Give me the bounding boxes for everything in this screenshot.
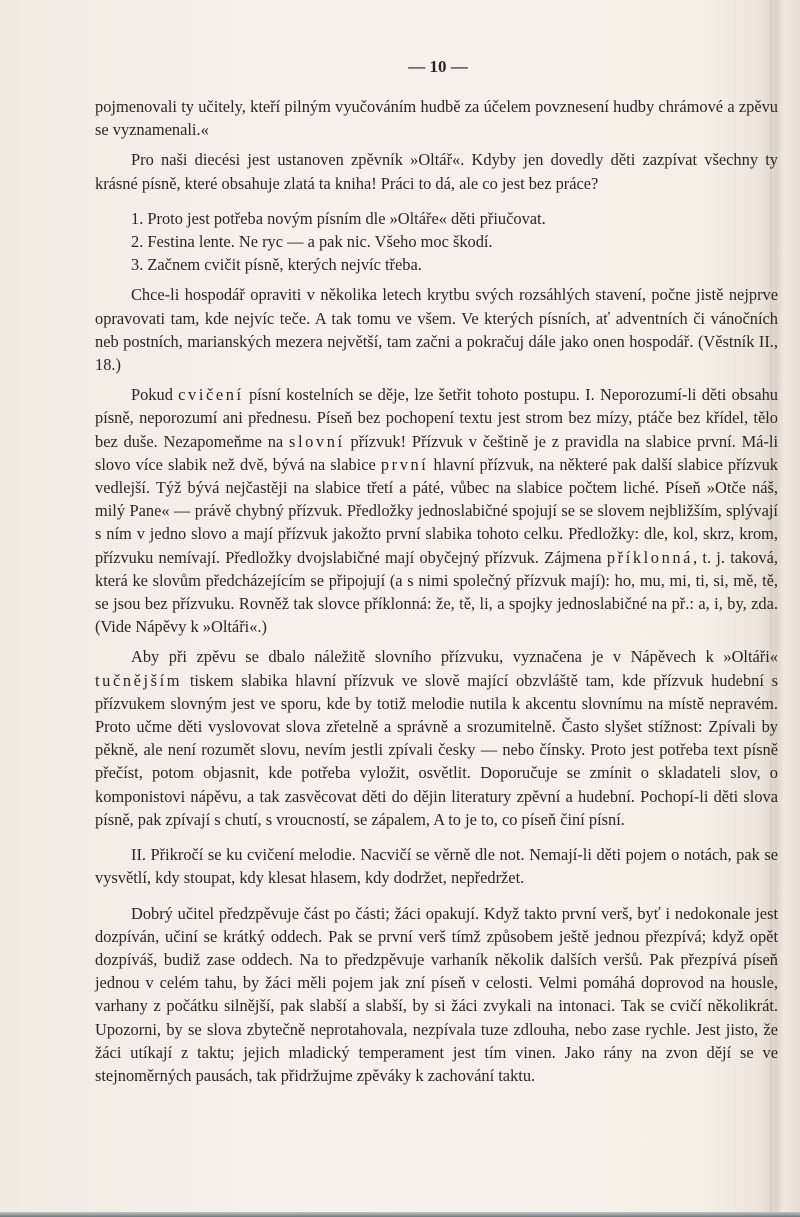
- list-item: 1. Proto jest potřeba novým písním dle »…: [95, 207, 778, 230]
- emphasis-spaced: cvičení: [178, 385, 244, 404]
- page-bottom-edge: [0, 1212, 800, 1217]
- paragraph-good-teacher: Dobrý učitel předzpěvuje část po části; …: [95, 902, 778, 1088]
- text-run: tiskem slabika hlavní přízvuk ve slově m…: [95, 671, 778, 829]
- list-item: 3. Začnem cvičit písně, kterých nejvíc t…: [95, 253, 778, 276]
- paragraph-hospodar: Chce-li hospodář opraviti v několika let…: [95, 283, 778, 376]
- emphasis-spaced: tučnějším: [95, 671, 182, 690]
- paragraph-melody: II. Přikročí se ku cvičení melodie. Nacv…: [95, 843, 778, 889]
- text-run: Pokud: [131, 385, 178, 404]
- paragraph-continuation: pojmenovali ty učitely, kteří pilným vyu…: [95, 95, 778, 141]
- list-item: 2. Festina lente. Ne ryc — a pak nic. Vš…: [95, 230, 778, 253]
- emphasis-spaced: slovní: [289, 432, 345, 451]
- paragraph-napevy: Aby při zpěvu se dbalo náležitě slovního…: [95, 645, 778, 831]
- emphasis-spaced: první: [381, 455, 429, 474]
- paragraph-word-accent: Pokud cvičení písní kostelních se děje, …: [95, 383, 778, 638]
- text-run: Aby při zpěvu se dbalo náležitě slovního…: [131, 647, 778, 666]
- emphasis-spaced: příklonná: [607, 548, 693, 567]
- paragraph-oltar-songbook: Pro naši diecési jest ustanoven zpěvník …: [95, 148, 778, 194]
- body-text: pojmenovali ty učitely, kteří pilným vyu…: [95, 95, 778, 1087]
- page-number: — 10 —: [0, 57, 800, 77]
- numbered-list: 1. Proto jest potřeba novým písním dle »…: [95, 207, 778, 277]
- scanned-page: — 10 — pojmenovali ty učitely, kteří pil…: [0, 0, 800, 1217]
